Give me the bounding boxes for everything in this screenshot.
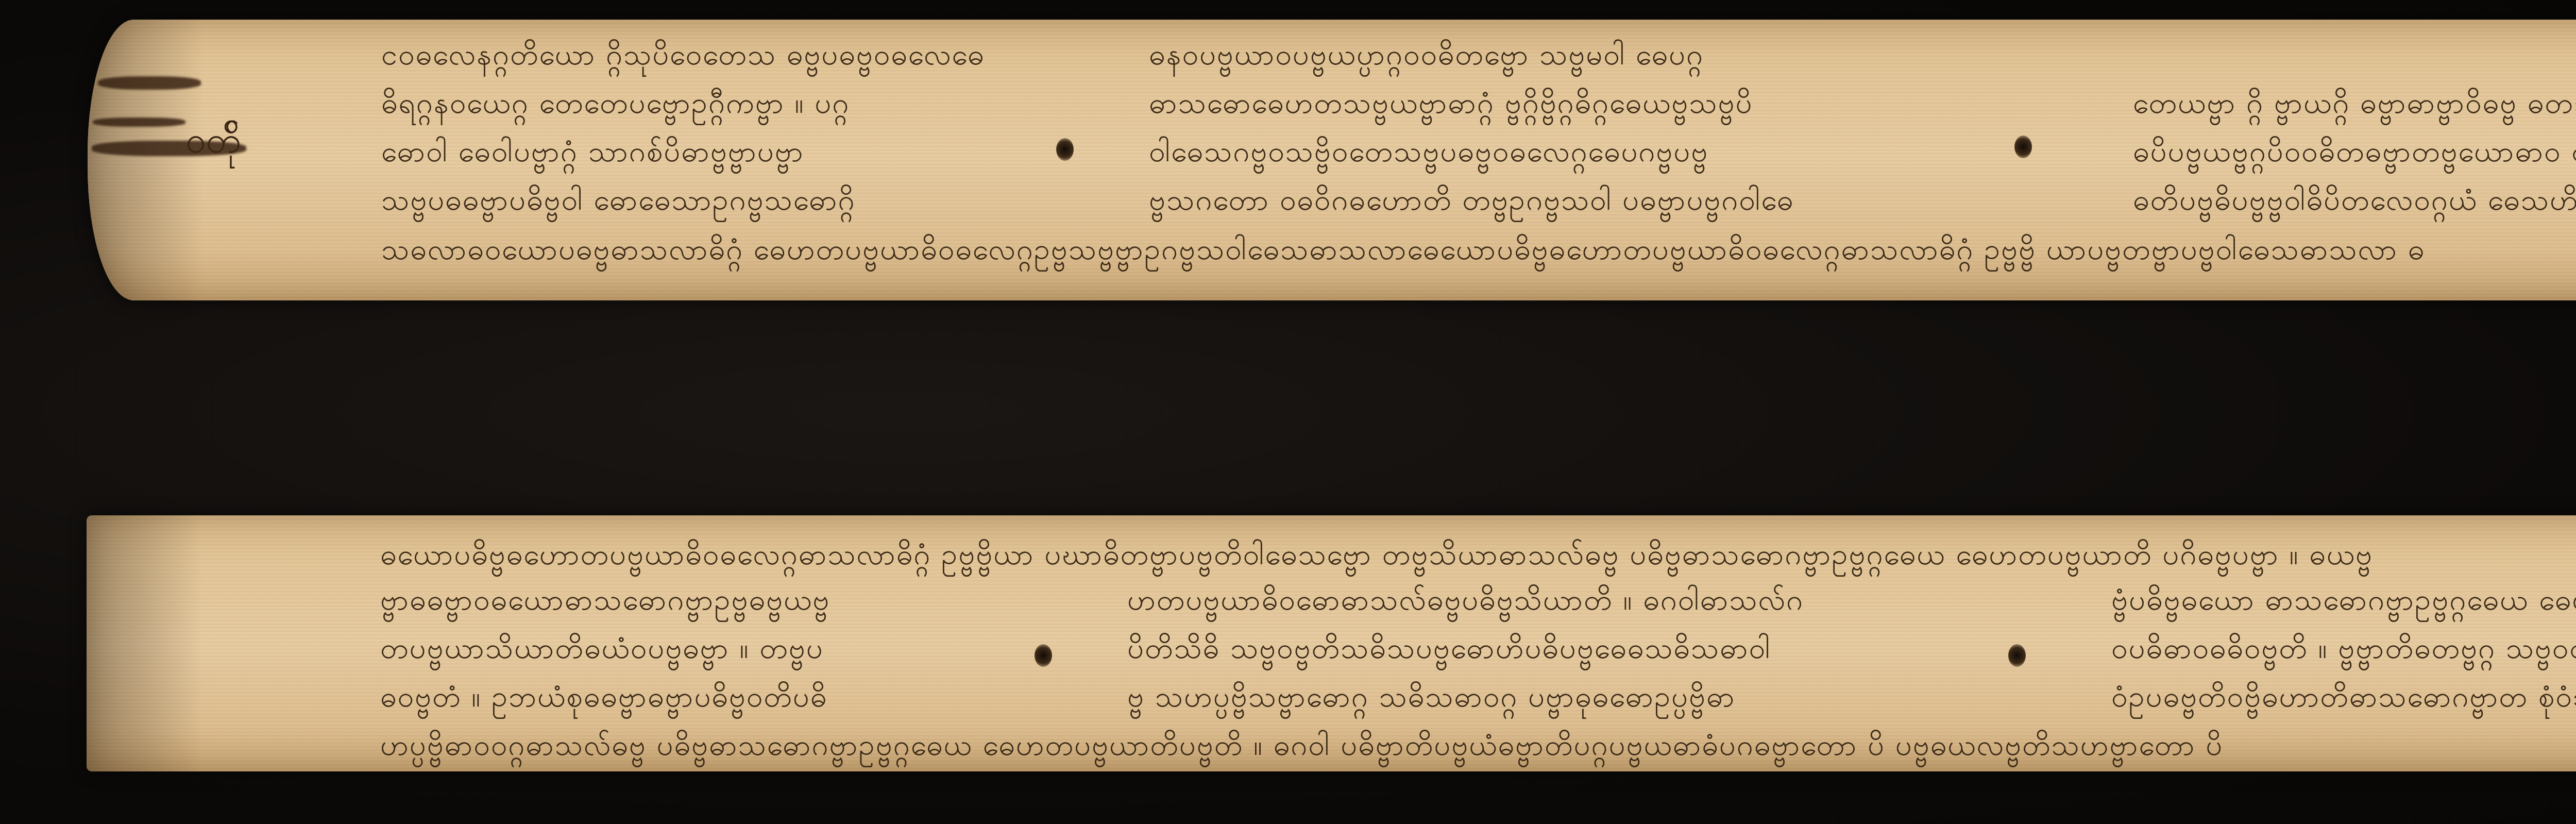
script-line: ဓာသဓောဓေဟတသဗ္ဗယဗ္ဗာဓာဂ္ဂံ ဗ္ဗဂ္ဂိဗ္ဗိဂ္ဂ…	[1149, 79, 1794, 128]
script-line: တပဗ္ဗယာသိယာတိဓယံဝပဗ္ဗဓဗ္ဗာ ။ တဗ္ဗပ	[380, 625, 830, 673]
string-hole	[1035, 644, 1052, 667]
string-hole	[2014, 136, 2032, 158]
palm-leaf-top: ဝတ်ို ငဝဓလေနဂ္ဂတိယော ဂ္ဂိသုပိဝေတေသ ဓဗ္ဗပ…	[88, 20, 2576, 300]
script-line-full: ဟပ္ပဗ္ဗိဓာဝဝဂ္ဂဓာသလ်ဓဗ္ဗ ပဓိဗ္ဗဓာသဓောဂဗ္…	[380, 721, 2223, 770]
script-line: ဓောဝါ ဓေဝါပဗ္ဗာဂ္ဂံ သာဂစ်ပိဓာဗ္ဗဗ္ဗာပဗ္ဗ…	[381, 128, 985, 176]
script-line: ဗ္ဗသဂတော ဝဓဝိဂဓဟောတိ တဗ္ဗဥဂဗ္ဗသဝါ ပဓဗ္ဗာ…	[1149, 176, 1794, 225]
script-line: ငဝဓလေနဂ္ဂတိယော ဂ္ဂိသုပိဝေတေသ ဓဗ္ဗပဓဗ္ဗဝဓ…	[381, 31, 985, 79]
script-line-full: သဓလာဓဝယောပဓဗ္ဗဓာသလာဓိဂ္ဂံ ဓေဟတပဗ္ဗယာဓိဝဓ…	[381, 226, 2425, 274]
text-column-middle: ဟတပဗ္ဗယာဓိဝဓောဓာသလ်ဓဗ္ဗပဓိဗ္ဗသိယာတိ ။ ဓဂ…	[1127, 576, 1804, 721]
script-line: ဝံဥပဓဗ္ဗတိဝဗ္ဗိဓဟာတိဓာသဓောဂဗ္ဗာတ စုံဝံသ	[2111, 673, 2576, 721]
text-column-right: ဗ္ဗံပဓိဗ္ဗဓယော ဓာသဓောဂဗ္ဗာဥဗ္ဗဂ္ဂဓေယ ဓေဟ…	[2111, 576, 2576, 721]
script-line: ဗ္ဗာဓဓဗ္ဗာဝဓယောဓာသဓောဂဗ္ဗာဥဗ္ဗဓဗ္ဗယဗ္ဗ	[380, 576, 830, 625]
script-line: ဓတိပဗ္ဗဓိပဗ္ဗဗ္ဗဝါဓိပိတလေဝဂ္ဂယံ ဓေသဟိဓ	[2133, 176, 2576, 225]
script-line: ဗ္ဗံပဓိဗ္ဗဓယော ဓာသဓောဂဗ္ဗာဥဗ္ဗဂ္ဂဓေယ ဓေဟ	[2111, 576, 2576, 625]
burn-mark	[93, 117, 185, 127]
burn-mark	[98, 76, 201, 90]
script-line: ဓနဝပဗ္ဗယာဝပဗ္ဗယပ္ပာဂ္ဂဝဝဓိတဗ္ဗော သဗ္ဗမဝါ…	[1149, 31, 1794, 79]
script-line: ဓဝဗ္ဗတံ ။ ဥဘယံစုဓဓဗ္ဗာဓဗ္ဗာပဓိဗ္ဗဝတိပဓိ	[380, 673, 830, 721]
string-hole	[2008, 644, 2026, 667]
script-line: ဝါဓေသဂဗ္ဗဝသဗ္ဗိဝတေသဗ္ဗပဓဗ္ဗဝဓလေဂ္ဂဓေပဂဗ္…	[1149, 128, 1794, 176]
script-line: ဝပဓိဓာဝဓဓိဝဗ္ဗတိ ။ ဗ္ဗဗ္ဗာတိဓတဗ္ဗဂ္ဂ သဗ္…	[2111, 625, 2576, 673]
text-column-left: ငဝဓလေနဂ္ဂတိယော ဂ္ဂိသုပိဝေတေသ ဓဗ္ဗပဓဗ္ဗဝဓ…	[381, 31, 985, 225]
script-line: သဗ္ဗပဓဓဗ္ဗာပဓိဗ္ဗဝါ ဓောဓေသာဥဂဗ္ဗသဓောဂ္ဂိ	[381, 176, 985, 225]
palm-leaf-bottom: ဓယောပဓိဗ္ဗဓဟောတပဗ္ဗယာဓိဝဓလေဂ္ဂဓာသလာဓိဂ္ဂ…	[87, 515, 2576, 771]
script-line: တေယဗ္ဗာ ဂ္ဂိ ဗ္ဗာယဂ္ဂိ ဓဗ္ဗာဓာဗ္ဗာဝိဓဗ္ဗ…	[2133, 79, 2576, 128]
script-line: ဗ္ဗ သဟပ္ပဗ္ဗိသဗ္ဗာဓောဂ္ဂ သဓိသဓာဝဂ္ဂ ပဗ္ဗ…	[1127, 673, 1804, 721]
text-column-middle: ဓနဝပဗ္ဗယာဝပဗ္ဗယပ္ပာဂ္ဂဝဝဓိတဗ္ဗော သဗ္ဗမဝါ…	[1149, 31, 1794, 225]
script-line-full: ဓယောပဓိဗ္ဗဓဟောတပဗ္ဗယာဓိဝဓလေဂ္ဂဓာသလာဓိဂ္ဂ…	[380, 531, 2373, 579]
string-hole	[1056, 138, 1074, 161]
script-line: ဟတပဗ္ဗယာဓိဝဓောဓာသလ်ဓဗ္ဗပဓိဗ္ဗသိယာတိ ။ ဓဂ…	[1127, 576, 1804, 625]
script-line: ဓပိပဗ္ဗယဗ္ဗဂ္ဂပိဝဝဓိတဓဗ္ဗာတဗ္ဗယောဓာဝ စ သ	[2133, 128, 2576, 176]
script-line: ဓိရဂ္ဂနဝယေဂ္ဂ တေတေပဗ္ဗောဥဂ္ဂီကဗ္ဗာ ။ ပဂ္…	[381, 79, 985, 128]
script-line: ပိတိသိဓိ သဗ္ဗဝဗ္ဗတိသဓိသပဗ္ဗဓောဟိပဓိပဗ္ဗဓ…	[1127, 625, 1804, 673]
folio-number: ဝတ်ို	[185, 117, 241, 171]
text-column-right: တေယဗ္ဗာ ဂ္ဂိ ဗ္ဗာယဂ္ဂိ ဓဗ္ဗာဓာဗ္ဗာဝိဓဗ္ဗ…	[2133, 79, 2576, 225]
text-column-left: ဗ္ဗာဓဓဗ္ဗာဝဓယောဓာသဓောဂဗ္ဗာဥဗ္ဗဓဗ္ဗယဗ္ဗ တ…	[380, 576, 830, 721]
